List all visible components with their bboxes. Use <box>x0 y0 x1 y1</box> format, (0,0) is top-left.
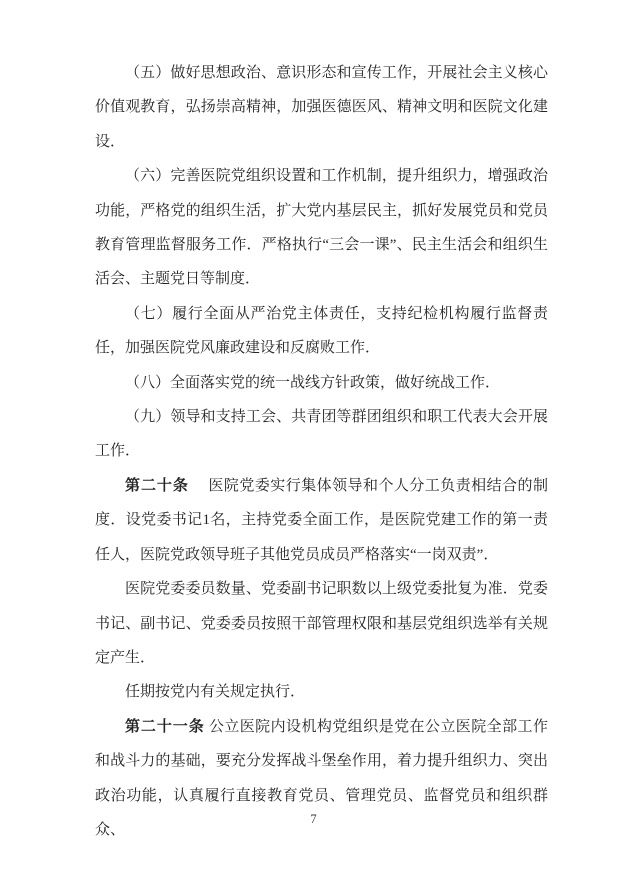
paragraph-text: （九）领导和支持工会、共青团等群团组织和职工代表大会开展工作． <box>95 409 548 459</box>
paragraph: （九）领导和支持工会、共青团等群团组织和职工代表大会开展工作． <box>95 400 548 469</box>
paragraph: 任期按党内有关规定执行． <box>95 675 548 709</box>
article-number: 第二十条 <box>125 477 189 494</box>
page-number: 7 <box>0 812 627 827</box>
paragraph-text: （七）履行全面从严治党主体责任，支持纪检机构履行监督责任，加强医院党风廉政建设和… <box>95 306 548 356</box>
paragraph: 第二十条 医院党委实行集体领导和个人分工负责相结合的制度．设党委书记1名，主持党… <box>95 469 548 572</box>
paragraph: （五）做好思想政治、意识形态和宣传工作，开展社会主义核心价值观教育，弘扬崇高精神… <box>95 56 548 159</box>
paragraph-text: （八）全面落实党的统一战线方针政策，做好统战工作． <box>125 375 500 391</box>
paragraph: 医院党委委员数量、党委副书记职数以上级党委批复为准．党委书记、副书记、党委委员按… <box>95 572 548 675</box>
paragraph-text: 医院党委委员数量、党委副书记职数以上级党委批复为准．党委书记、副书记、党委委员按… <box>95 581 548 666</box>
paragraph-text: 任期按党内有关规定执行． <box>125 684 305 700</box>
paragraph: （八）全面落实党的统一战线方针政策，做好统战工作． <box>95 366 548 400</box>
article-number: 第二十一条 <box>125 718 205 735</box>
paragraph: （七）履行全面从严治党主体责任，支持纪检机构履行监督责任，加强医院党风廉政建设和… <box>95 297 548 366</box>
paragraph: （六）完善医院党组织设置和工作机制，提升组织力，增强政治功能，严格党的组织生活，… <box>95 159 548 297</box>
paragraph-text: （五）做好思想政治、意识形态和宣传工作，开展社会主义核心价值观教育，弘扬崇高精神… <box>95 65 548 150</box>
document-body: （五）做好思想政治、意识形态和宣传工作，开展社会主义核心价值观教育，弘扬崇高精神… <box>95 56 548 847</box>
paragraph-text: （六）完善医院党组织设置和工作机制，提升组织力，增强政治功能，严格党的组织生活，… <box>95 168 548 287</box>
document-page: （五）做好思想政治、意识形态和宣传工作，开展社会主义核心价值观教育，弘扬崇高精神… <box>0 0 627 887</box>
